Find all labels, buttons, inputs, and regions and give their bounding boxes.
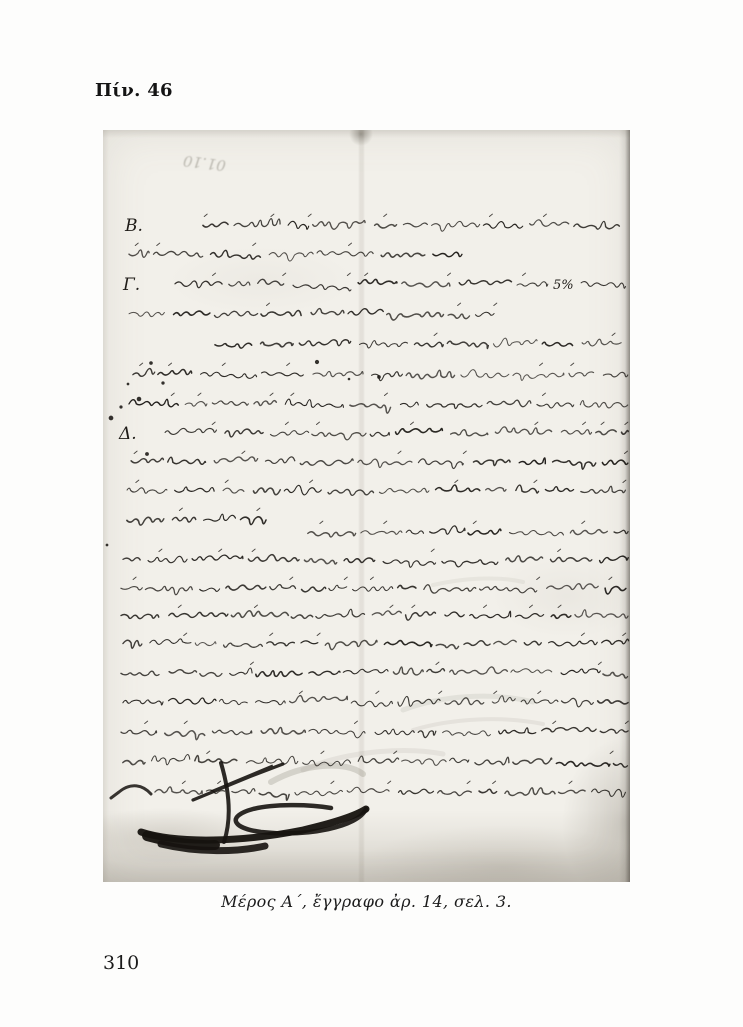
handwriting-line bbox=[214, 333, 622, 348]
margin-dot bbox=[348, 378, 351, 381]
manuscript-photo: 01.10 Β.Γ.Δ. 5% bbox=[103, 130, 630, 882]
handwriting-line bbox=[122, 691, 629, 707]
margin-dot bbox=[119, 405, 122, 408]
margin-dot bbox=[109, 416, 114, 421]
handwriting-lines bbox=[120, 214, 630, 800]
handwriting-line bbox=[120, 721, 630, 740]
margin-dot bbox=[149, 361, 153, 365]
margin-dot bbox=[145, 452, 149, 456]
margin-dot bbox=[377, 375, 381, 379]
handwriting-line bbox=[126, 508, 267, 525]
margin-dot bbox=[137, 397, 142, 402]
handwriting-line bbox=[126, 480, 626, 495]
handwriting-line bbox=[122, 633, 629, 650]
margin-dot bbox=[106, 544, 109, 547]
paper-smudges bbox=[271, 578, 543, 782]
figure-caption: Μέρος Α΄, ἔγγραφο ἀρ. 14, σελ. 3. bbox=[103, 892, 630, 911]
inline-text: 5% bbox=[553, 278, 574, 293]
book-page: Πίν. 46 01.10 Β.Γ.Δ. 5% bbox=[0, 0, 743, 1027]
handwriting-line bbox=[128, 393, 630, 413]
handwriting-line bbox=[130, 451, 630, 469]
inline-texts: 5% bbox=[553, 278, 574, 293]
ink-flourish bbox=[111, 763, 366, 851]
handwriting-line bbox=[122, 549, 629, 567]
handwriting-line bbox=[120, 662, 629, 678]
paragraph-marker: Δ. bbox=[118, 424, 137, 444]
handwriting-line bbox=[120, 577, 627, 595]
handwriting-line bbox=[307, 521, 629, 537]
margin-dot bbox=[315, 360, 319, 364]
handwriting-line bbox=[202, 214, 621, 231]
handwriting-line bbox=[128, 303, 497, 320]
margin-dot bbox=[161, 381, 164, 384]
handwriting-line bbox=[174, 273, 549, 291]
handwriting-line bbox=[580, 282, 626, 289]
page-number: 310 bbox=[103, 952, 139, 974]
handwriting-line bbox=[128, 243, 464, 261]
paragraph-marker: Β. bbox=[124, 216, 143, 236]
handwriting-line bbox=[164, 422, 629, 440]
plate-label: Πίν. 46 bbox=[95, 80, 173, 101]
paragraph-marker: Γ. bbox=[122, 275, 140, 295]
handwriting-svg: Β.Γ.Δ. 5% bbox=[103, 130, 630, 882]
margin-dot bbox=[127, 383, 130, 386]
handwriting-line bbox=[132, 363, 629, 381]
handwriting-line bbox=[120, 605, 629, 620]
